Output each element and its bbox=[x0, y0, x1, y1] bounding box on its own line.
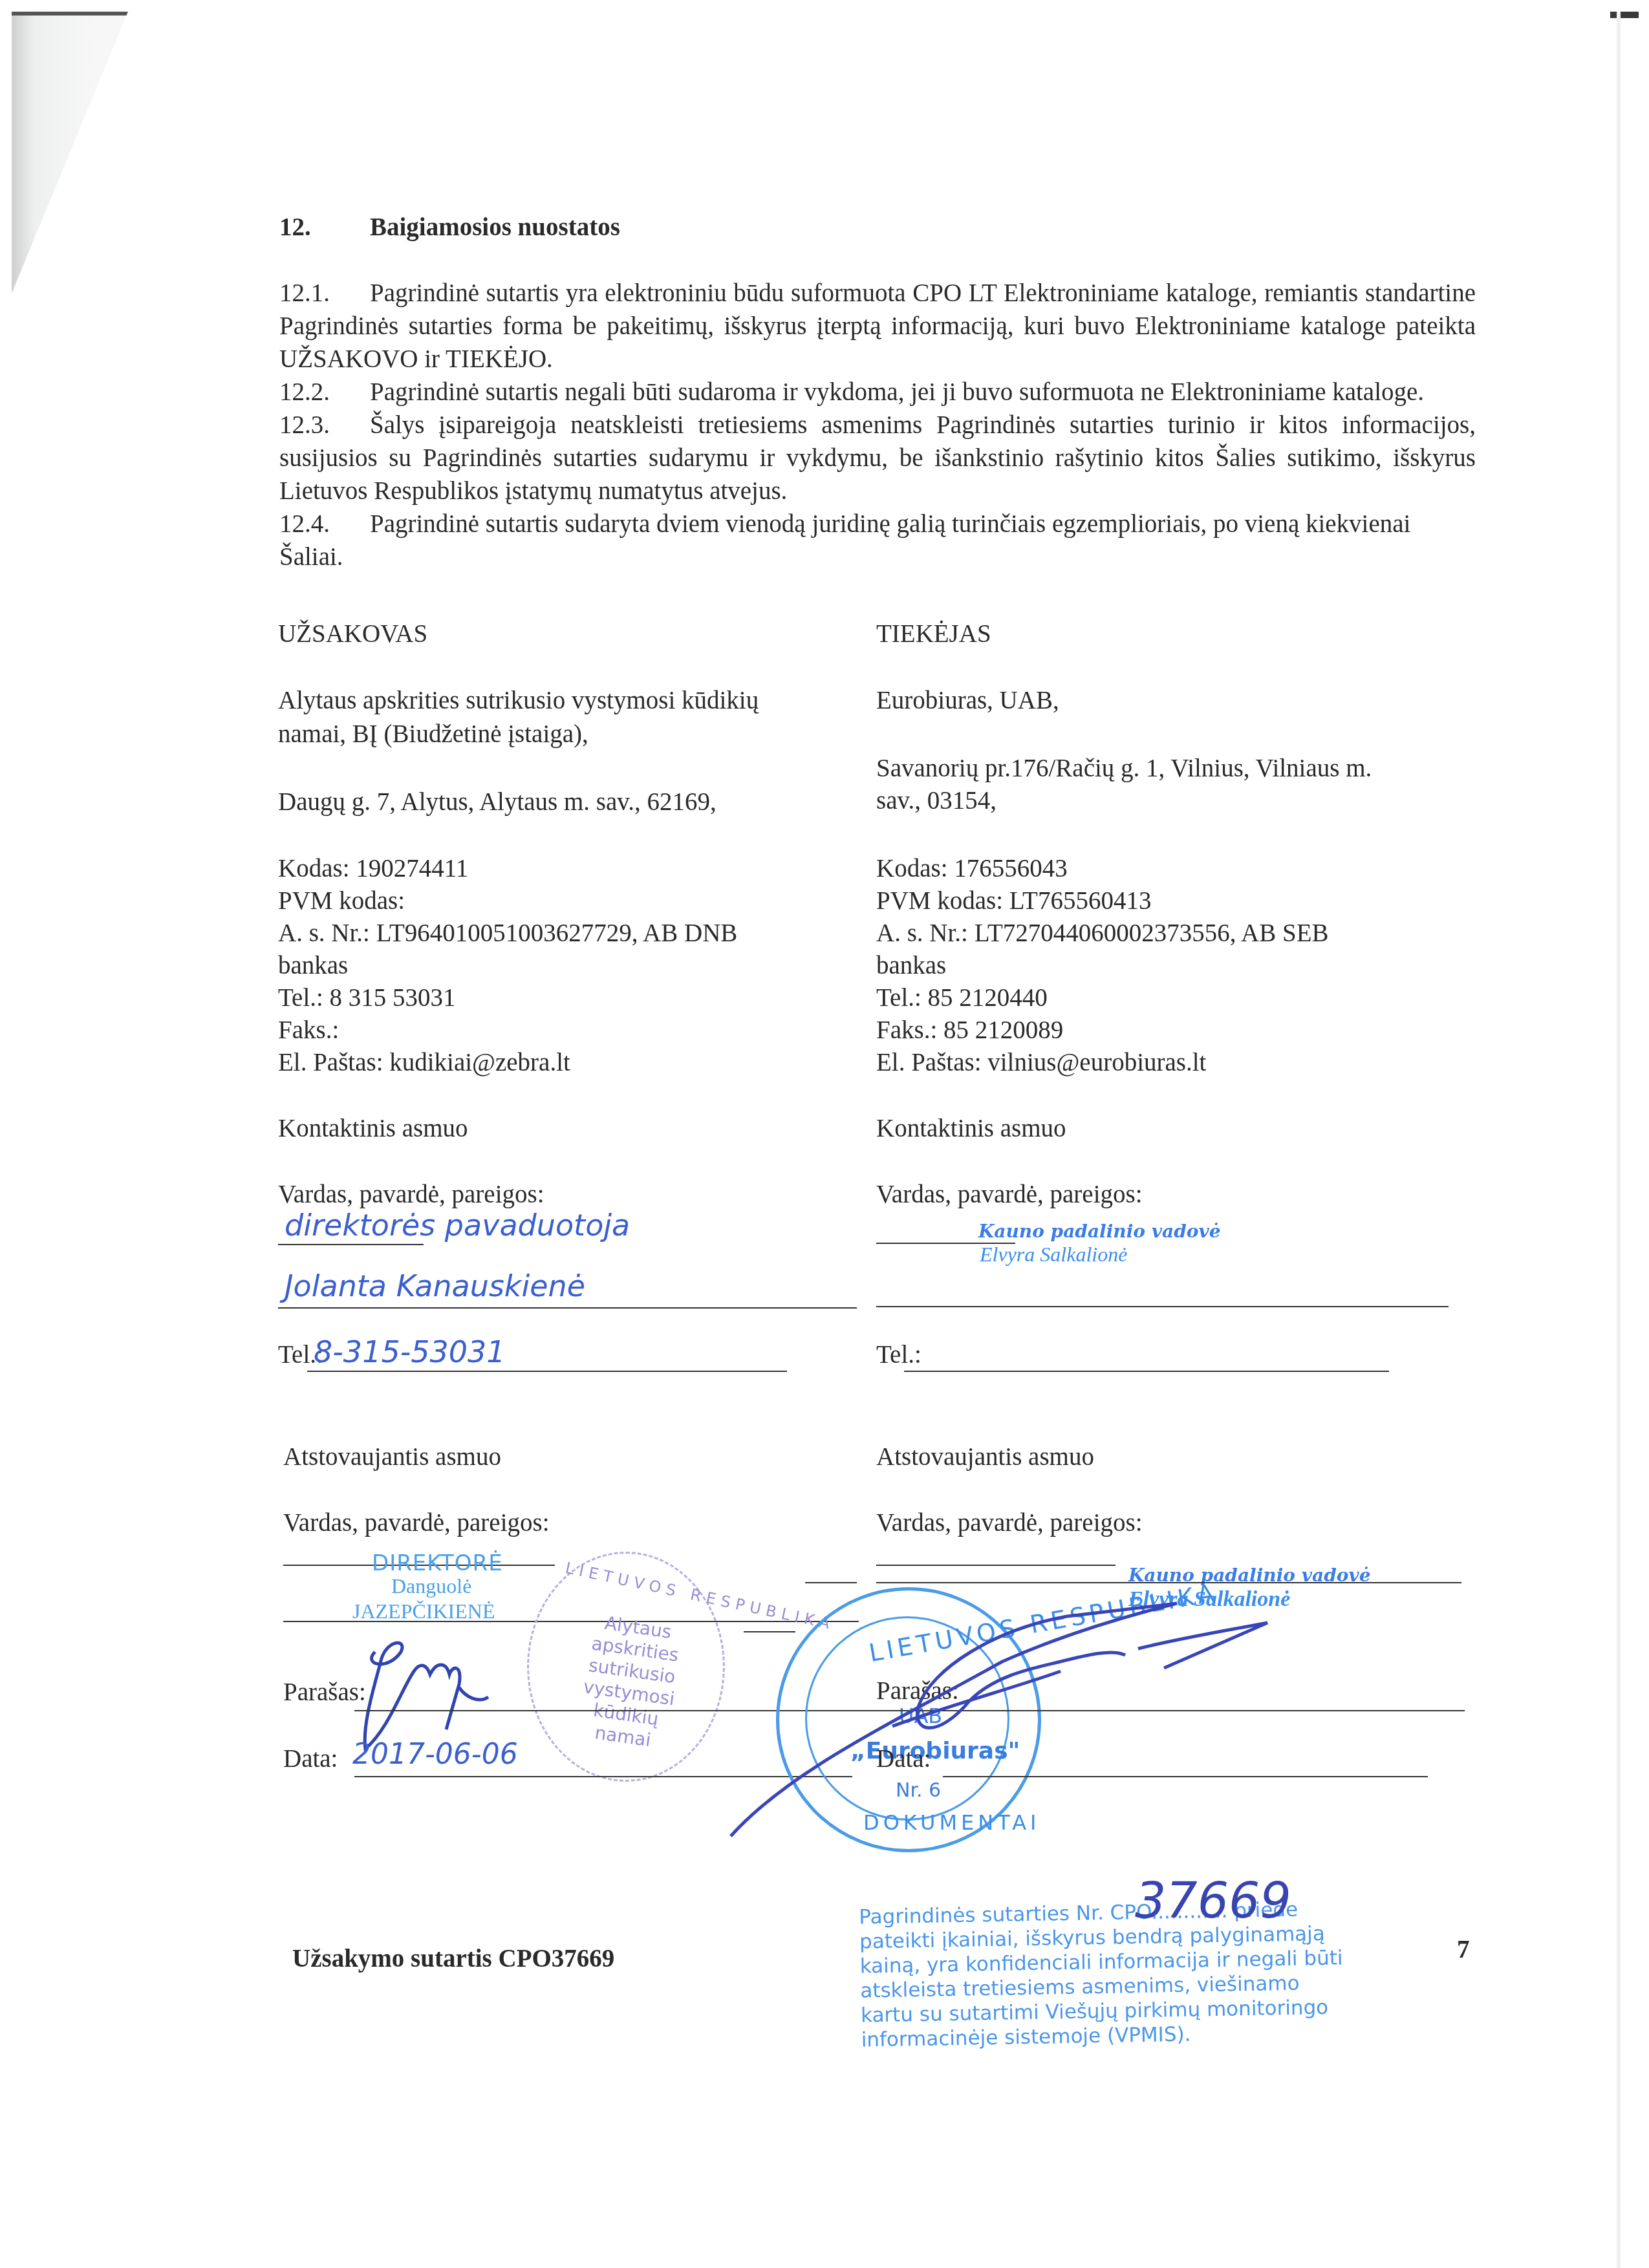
scan-edge-top-right bbox=[1610, 12, 1639, 18]
supplier-contact-name-line-2 bbox=[876, 1306, 1449, 1307]
customer-rep-stamp-name-2: JAZEPČIKIENĖ bbox=[352, 1599, 495, 1623]
clause-number: 12.2. bbox=[279, 376, 370, 409]
supplier-contact-heading: Kontaktinis asmuo bbox=[876, 1112, 1066, 1146]
customer-rep-stamp-title: DIREKTORĖ bbox=[372, 1550, 503, 1576]
customer-name-2: namai, BĮ (Biudžetinė įstaiga), bbox=[278, 718, 588, 751]
customer-email: El. Paštas: kudikiai@zebra.lt bbox=[278, 1046, 570, 1080]
customer-address: Daugų g. 7, Alytus, Alytaus m. sav., 621… bbox=[278, 786, 717, 819]
customer-account-1: A. s. Nr.: LT964010051003627729, AB DNB bbox=[278, 917, 737, 950]
supplier-account-1: A. s. Nr.: LT727044060002373556, AB SEB bbox=[876, 917, 1329, 950]
clause-12-4: 12.4.Pagrindinė sutartis sudaryta dviem … bbox=[279, 508, 1476, 573]
supplier-contact-name-label: Vardas, pavardė, pareigos: bbox=[876, 1178, 1143, 1212]
supplier-fax: Faks.: 85 2120089 bbox=[876, 1014, 1063, 1047]
clause-number: 12.4. bbox=[279, 508, 370, 540]
clause-text: Pagrindinė sutartis yra elektroniniu būd… bbox=[279, 279, 1476, 373]
supplier-account-2: bankas bbox=[876, 949, 946, 983]
supplier-contact-stamp-title: Kauno padalinio vadovė bbox=[978, 1221, 1221, 1242]
customer-name-1: Alytaus apskrities sutrikusio vystymosi … bbox=[278, 684, 759, 718]
supplier-code: Kodas: 176556043 bbox=[876, 852, 1068, 886]
clause-12-1: 12.1.Pagrindinė sutartis yra elektronini… bbox=[279, 277, 1476, 376]
section-number: 12. bbox=[279, 211, 311, 244]
customer-contact-name-line-2 bbox=[278, 1307, 857, 1309]
customer-heading: UŽSAKOVAS bbox=[278, 617, 427, 651]
customer-contact-tel-line bbox=[307, 1371, 787, 1372]
customer-code: Kodas: 190274411 bbox=[278, 852, 468, 886]
footer-contract-title: Užsakymo sutartis CPO37669 bbox=[292, 1942, 614, 1976]
supplier-phone: Tel.: 85 2120440 bbox=[876, 981, 1048, 1015]
customer-contact-heading: Kontaktinis asmuo bbox=[278, 1112, 468, 1146]
customer-vat: PVM kodas: bbox=[278, 884, 405, 918]
supplier-address-1: Savanorių pr.176/Račių g. 1, Vilnius, Vi… bbox=[876, 752, 1372, 786]
clause-number: 12.3. bbox=[279, 409, 370, 442]
scan-shadow-corner bbox=[12, 12, 128, 294]
customer-phone: Tel.: 8 315 53031 bbox=[278, 981, 456, 1015]
customer-contact-tel-handwritten: 8-315-53031 bbox=[314, 1334, 506, 1369]
supplier-address-2: sav., 03154, bbox=[876, 784, 997, 818]
customer-rep-name-label: Vardas, pavardė, pareigos: bbox=[283, 1506, 550, 1540]
supplier-contact-stamp-name: Elvyra Salkalionė bbox=[980, 1243, 1127, 1267]
customer-fax: Faks.: bbox=[278, 1014, 339, 1047]
supplier-vat: PVM kodas: LT765560413 bbox=[876, 884, 1151, 918]
customer-date-handwritten: 2017-06-06 bbox=[352, 1738, 518, 1771]
clause-12-2: 12.2.Pagrindinė sutartis negali būti sud… bbox=[279, 376, 1476, 409]
supplier-date-line-left bbox=[742, 1776, 781, 1777]
customer-rep-stamp-name-1: Danguolė bbox=[391, 1574, 471, 1598]
supplier-contact-tel-label: Tel.: bbox=[876, 1338, 921, 1372]
clauses-block: 12.1.Pagrindinė sutartis yra elektronini… bbox=[279, 277, 1476, 573]
supplier-date-label: Data: bbox=[876, 1742, 931, 1776]
customer-rep-heading: Atstovaujantis asmuo bbox=[283, 1440, 501, 1474]
supplier-name: Eurobiuras, UAB, bbox=[876, 684, 1059, 718]
supplier-rep-heading: Atstovaujantis asmuo bbox=[876, 1440, 1094, 1474]
supplier-heading: TIEKĖJAS bbox=[876, 617, 991, 651]
supplier-rep-name-line-1 bbox=[876, 1565, 1115, 1566]
supplier-date-line bbox=[943, 1776, 1428, 1777]
customer-date-label: Data: bbox=[283, 1742, 338, 1776]
customer-account-2: bankas bbox=[278, 949, 348, 983]
supplier-rep-name-label: Vardas, pavardė, pareigos: bbox=[876, 1506, 1143, 1540]
scan-edge-right bbox=[1617, 12, 1621, 2268]
clause-text: Pagrindinė sutartis negali būti sudaroma… bbox=[370, 378, 1424, 406]
customer-contact-name-label: Vardas, pavardė, pareigos: bbox=[278, 1178, 544, 1212]
clause-text: Pagrindinė sutartis sudaryta dviem vieno… bbox=[279, 510, 1410, 571]
supplier-signature-icon bbox=[724, 1578, 1358, 1849]
customer-seal-center: Alytaus apskrities sutrikusio vystymosi … bbox=[564, 1609, 698, 1755]
customer-contact-name-line-1 bbox=[278, 1244, 424, 1245]
clause-number: 12.1. bbox=[279, 277, 370, 310]
clause-text: Šalys įsipareigoja neatskleisti tretiesi… bbox=[279, 411, 1476, 505]
supplier-contact-tel-line bbox=[904, 1371, 1389, 1372]
customer-contact-handwritten-position: direktorės pavaduotoja bbox=[285, 1208, 630, 1243]
customer-contact-handwritten-name: Jolanta Kanauskienė bbox=[285, 1268, 585, 1303]
supplier-email: El. Paštas: vilnius@eurobiuras.lt bbox=[876, 1046, 1206, 1080]
clause-12-3: 12.3.Šalys įsipareigoja neatskleisti tre… bbox=[279, 409, 1476, 508]
section-title: Baigiamosios nuostatos bbox=[370, 211, 620, 244]
footer-page-number: 7 bbox=[1457, 1933, 1470, 1967]
customer-signature-icon bbox=[349, 1626, 498, 1755]
handwritten-contract-number: 37669 bbox=[1135, 1872, 1291, 1929]
